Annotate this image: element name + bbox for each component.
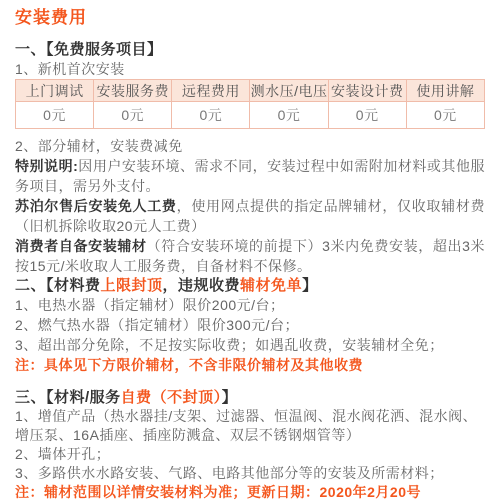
fee-table-header-cell: 安装服务费 xyxy=(94,80,172,102)
fee-table-value-cell: 0元 xyxy=(328,102,406,129)
self-supplied-label: 消费者自备安装辅材 xyxy=(15,238,147,254)
section3-item-value-added: 1、增值产品（热水器挂/支架、过滤器、恒温阀、混水阀花洒、混水阀、增压泵、16A… xyxy=(15,407,485,445)
fee-table-value-cell: 0元 xyxy=(172,102,250,129)
section2-heading-prefix: 二、【材料费 xyxy=(15,277,101,294)
fee-table-value-cell: 0元 xyxy=(250,102,328,129)
section2-note: 注：具体见下方限价辅材，不含非限价辅材及其他收费 xyxy=(15,355,485,375)
section2-heading-suffix: 】 xyxy=(302,277,318,294)
section2-item-electric: 1、电热水器（指定辅材）限价200元/台； xyxy=(15,295,485,315)
section1-item-first-install: 1、新机首次安装 xyxy=(15,59,485,79)
special-note-paragraph: 特别说明:因用户安装环境、需求不同，安装过程中如需附加材料或其他服务项目，需另外… xyxy=(15,156,485,196)
fee-table-header-row: 上门调试 安装服务费 远程费用 测水压/电压 安装设计费 使用讲解 xyxy=(16,80,485,102)
section3-item-multi-route: 3、多路供水水路安装、气路、电路其他部分等的安装及所需材料； xyxy=(15,464,485,483)
fee-table-header-cell: 远程费用 xyxy=(172,80,250,102)
free-service-fee-table: 上门调试 安装服务费 远程费用 测水压/电压 安装设计费 使用讲解 0元 0元 … xyxy=(15,79,485,129)
fee-table-header-cell: 安装设计费 xyxy=(328,80,406,102)
section3-heading-suffix: 】 xyxy=(222,389,238,406)
section-self-paid: 三、【材料/服务自费（不封顶）】 1、增值产品（热水器挂/支架、过滤器、恒温阀、… xyxy=(15,388,485,500)
fee-table-value-cell: 0元 xyxy=(406,102,484,129)
self-supplied-paragraph: 消费者自备安装辅材（符合安装环境的前提下）3米内免费安装，超出3米按15元/米收… xyxy=(15,236,485,276)
section2-heading-mid: ，违规收费 xyxy=(163,277,241,294)
section1-item-partial: 2、部分辅材，安装费减免 xyxy=(15,136,485,156)
section2-heading-cap: 上限封顶 xyxy=(101,277,163,294)
fee-table-header-cell: 使用讲解 xyxy=(406,80,484,102)
special-note-label: 特别说明: xyxy=(15,158,78,174)
section2-heading-free: 辅材免单 xyxy=(240,277,302,294)
section3-item-wall-drilling: 2、墙体开孔； xyxy=(15,445,485,464)
fee-table-header-cell: 上门调试 xyxy=(16,80,94,102)
section2-item-gas: 2、燃气热水器（指定辅材）限价300元/台； xyxy=(15,315,485,335)
section2-item-excess: 3、超出部分免除，不足按实际收费；如遇乱收费，安装辅材全免； xyxy=(15,335,485,355)
section-free-services: 一、【免费服务项目】 1、新机首次安装 上门调试 安装服务费 远程费用 测水压/… xyxy=(15,40,485,276)
labor-fee-label: 苏泊尔售后安装免人工费 xyxy=(15,198,177,214)
section3-heading: 三、【材料/服务自费（不封顶）】 xyxy=(15,388,485,407)
section3-heading-selfpay: 自费（不封顶） xyxy=(121,389,222,406)
section1-heading: 一、【免费服务项目】 xyxy=(15,40,485,59)
section-material-fee-cap: 二、【材料费上限封顶，违规收费辅材免单】 1、电热水器（指定辅材）限价200元/… xyxy=(15,276,485,375)
section3-note: 注：辅材范围以详情安装材料为准；更新日期：2020年2月20号 xyxy=(15,483,485,500)
section2-heading: 二、【材料费上限封顶，违规收费辅材免单】 xyxy=(15,276,485,295)
install-fee-page: 安装费用 一、【免费服务项目】 1、新机首次安装 上门调试 安装服务费 远程费用… xyxy=(0,0,500,500)
fee-table-value-cell: 0元 xyxy=(94,102,172,129)
labor-fee-paragraph: 苏泊尔售后安装免人工费，使用网点提供的指定品牌辅材，仅收取辅材费（旧机拆除收取2… xyxy=(15,196,485,236)
fee-table-value-row: 0元 0元 0元 0元 0元 0元 xyxy=(16,102,485,129)
section3-heading-prefix: 三、【材料/服务 xyxy=(15,389,121,406)
special-note-text: 因用户安装环境、需求不同，安装过程中如需附加材料或其他服务项目，需另外支付。 xyxy=(15,158,485,194)
fee-table-header-cell: 测水压/电压 xyxy=(250,80,328,102)
fee-table-value-cell: 0元 xyxy=(16,102,94,129)
page-title: 安装费用 xyxy=(15,8,485,27)
